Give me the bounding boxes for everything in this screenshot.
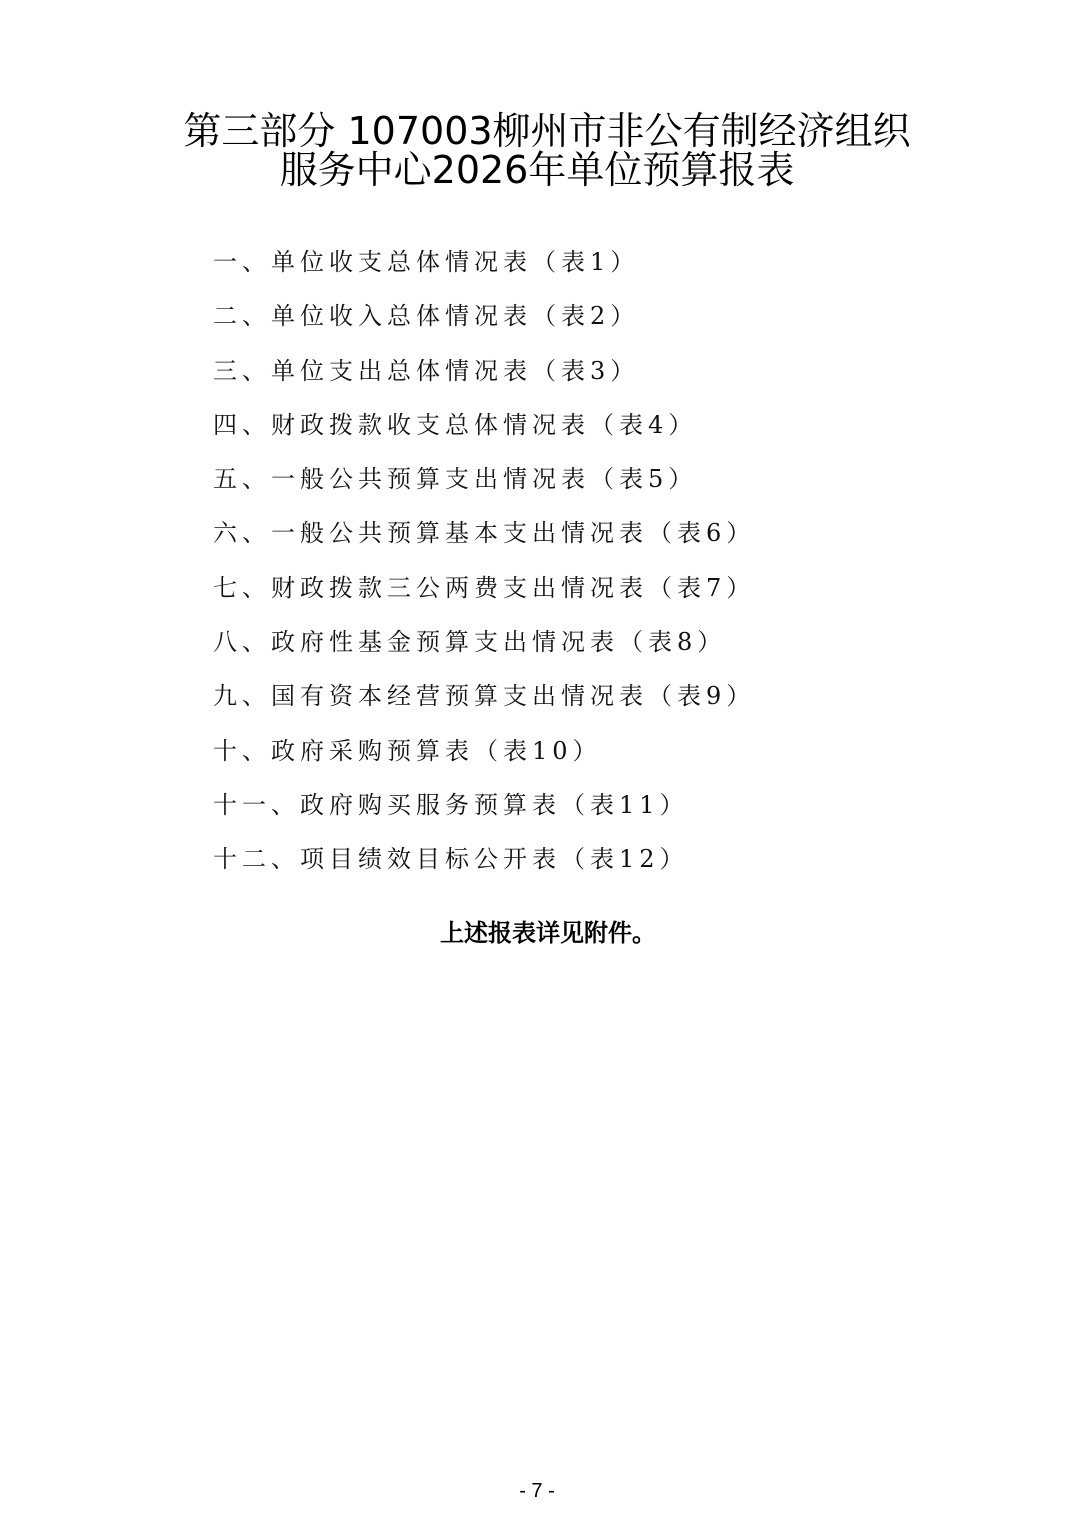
attachment-note: 上述报表详见附件。 — [0, 913, 1074, 953]
page-title-line-2: 服务中心2026年单位预算报表 — [0, 147, 1074, 194]
toc-item: 十二、项目绩效目标公开表（表12） — [213, 837, 755, 891]
document-page: 第三部分 107003柳州市非公有制经济组织 服务中心2026年单位预算报表 一… — [0, 0, 1074, 1520]
toc-item: 一、单位收支总体情况表（表1） — [213, 240, 755, 294]
toc-item: 二、单位收入总体情况表（表2） — [213, 294, 755, 348]
toc-item: 四、财政拨款收支总体情况表（表4） — [213, 403, 755, 457]
toc-item: 九、国有资本经营预算支出情况表（表9） — [213, 674, 755, 728]
toc-item: 三、单位支出总体情况表（表3） — [213, 349, 755, 403]
table-of-contents: 一、单位收支总体情况表（表1） 二、单位收入总体情况表（表2） 三、单位支出总体… — [213, 240, 755, 892]
toc-item: 六、一般公共预算基本支出情况表（表6） — [213, 511, 755, 565]
page-number: - 7 - — [0, 1478, 1074, 1504]
toc-item: 七、财政拨款三公两费支出情况表（表7） — [213, 566, 755, 620]
toc-item: 十一、政府购买服务预算表（表11） — [213, 783, 755, 837]
toc-item: 八、政府性基金预算支出情况表（表8） — [213, 620, 755, 674]
toc-item: 五、一般公共预算支出情况表（表5） — [213, 457, 755, 511]
toc-item: 十、政府采购预算表（表10） — [213, 729, 755, 783]
